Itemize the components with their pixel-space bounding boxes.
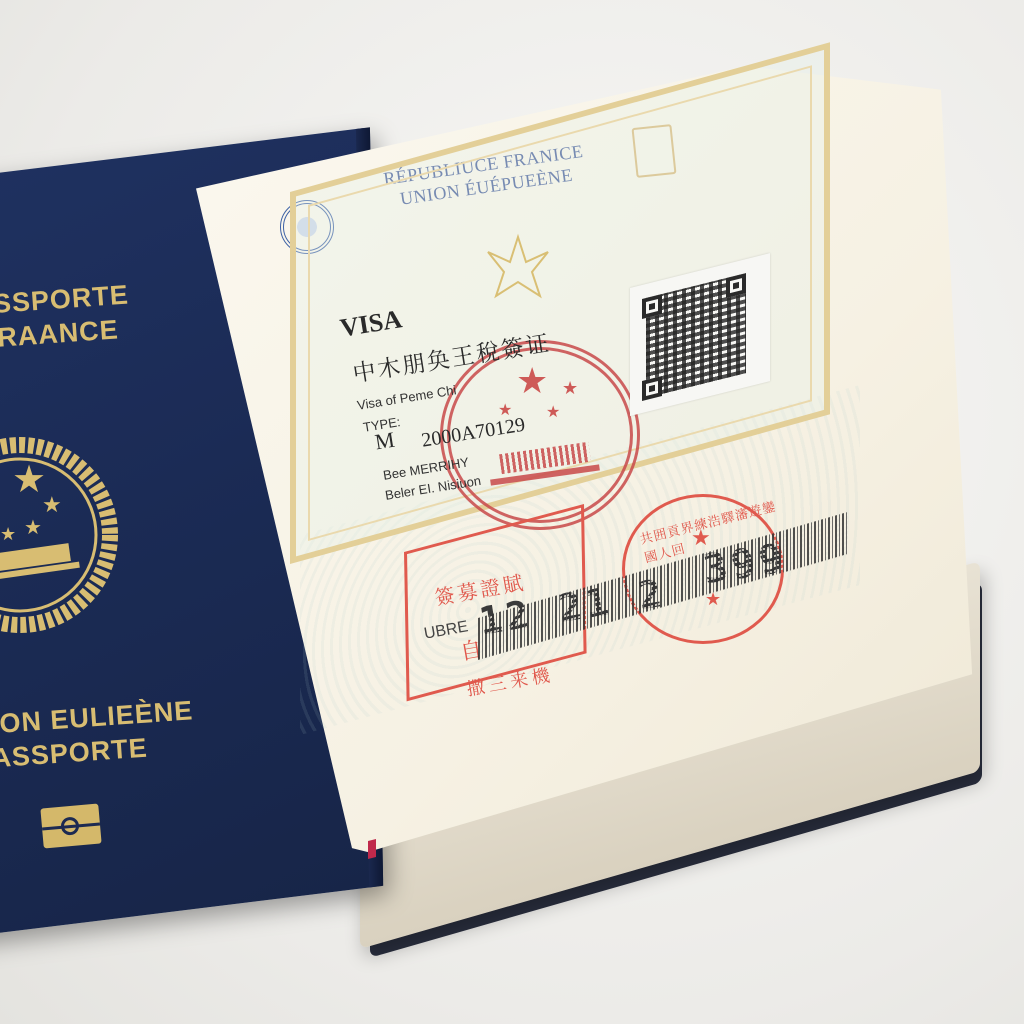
biometric-chip-icon [40, 804, 101, 849]
type-value: M [373, 427, 396, 456]
star-icon: ★ [546, 402, 560, 422]
svg-text:★: ★ [24, 515, 42, 539]
national-emblem-icon: ★ ★ ★ ★ [0, 430, 120, 640]
cover-title-bottom: ION EULIEÈNE ASSPORTE [0, 693, 197, 774]
svg-text:★: ★ [42, 493, 62, 518]
bookmark-ribbon [368, 839, 376, 859]
svg-text:★: ★ [0, 524, 16, 545]
star-icon: ★ [516, 360, 548, 402]
svg-text:★: ★ [12, 457, 46, 501]
qr-finder [642, 376, 662, 401]
cover-title-top: SSPORTE RAANCE [0, 278, 132, 355]
gold-crest-icon [478, 232, 558, 302]
star-icon: ★ [562, 378, 578, 399]
